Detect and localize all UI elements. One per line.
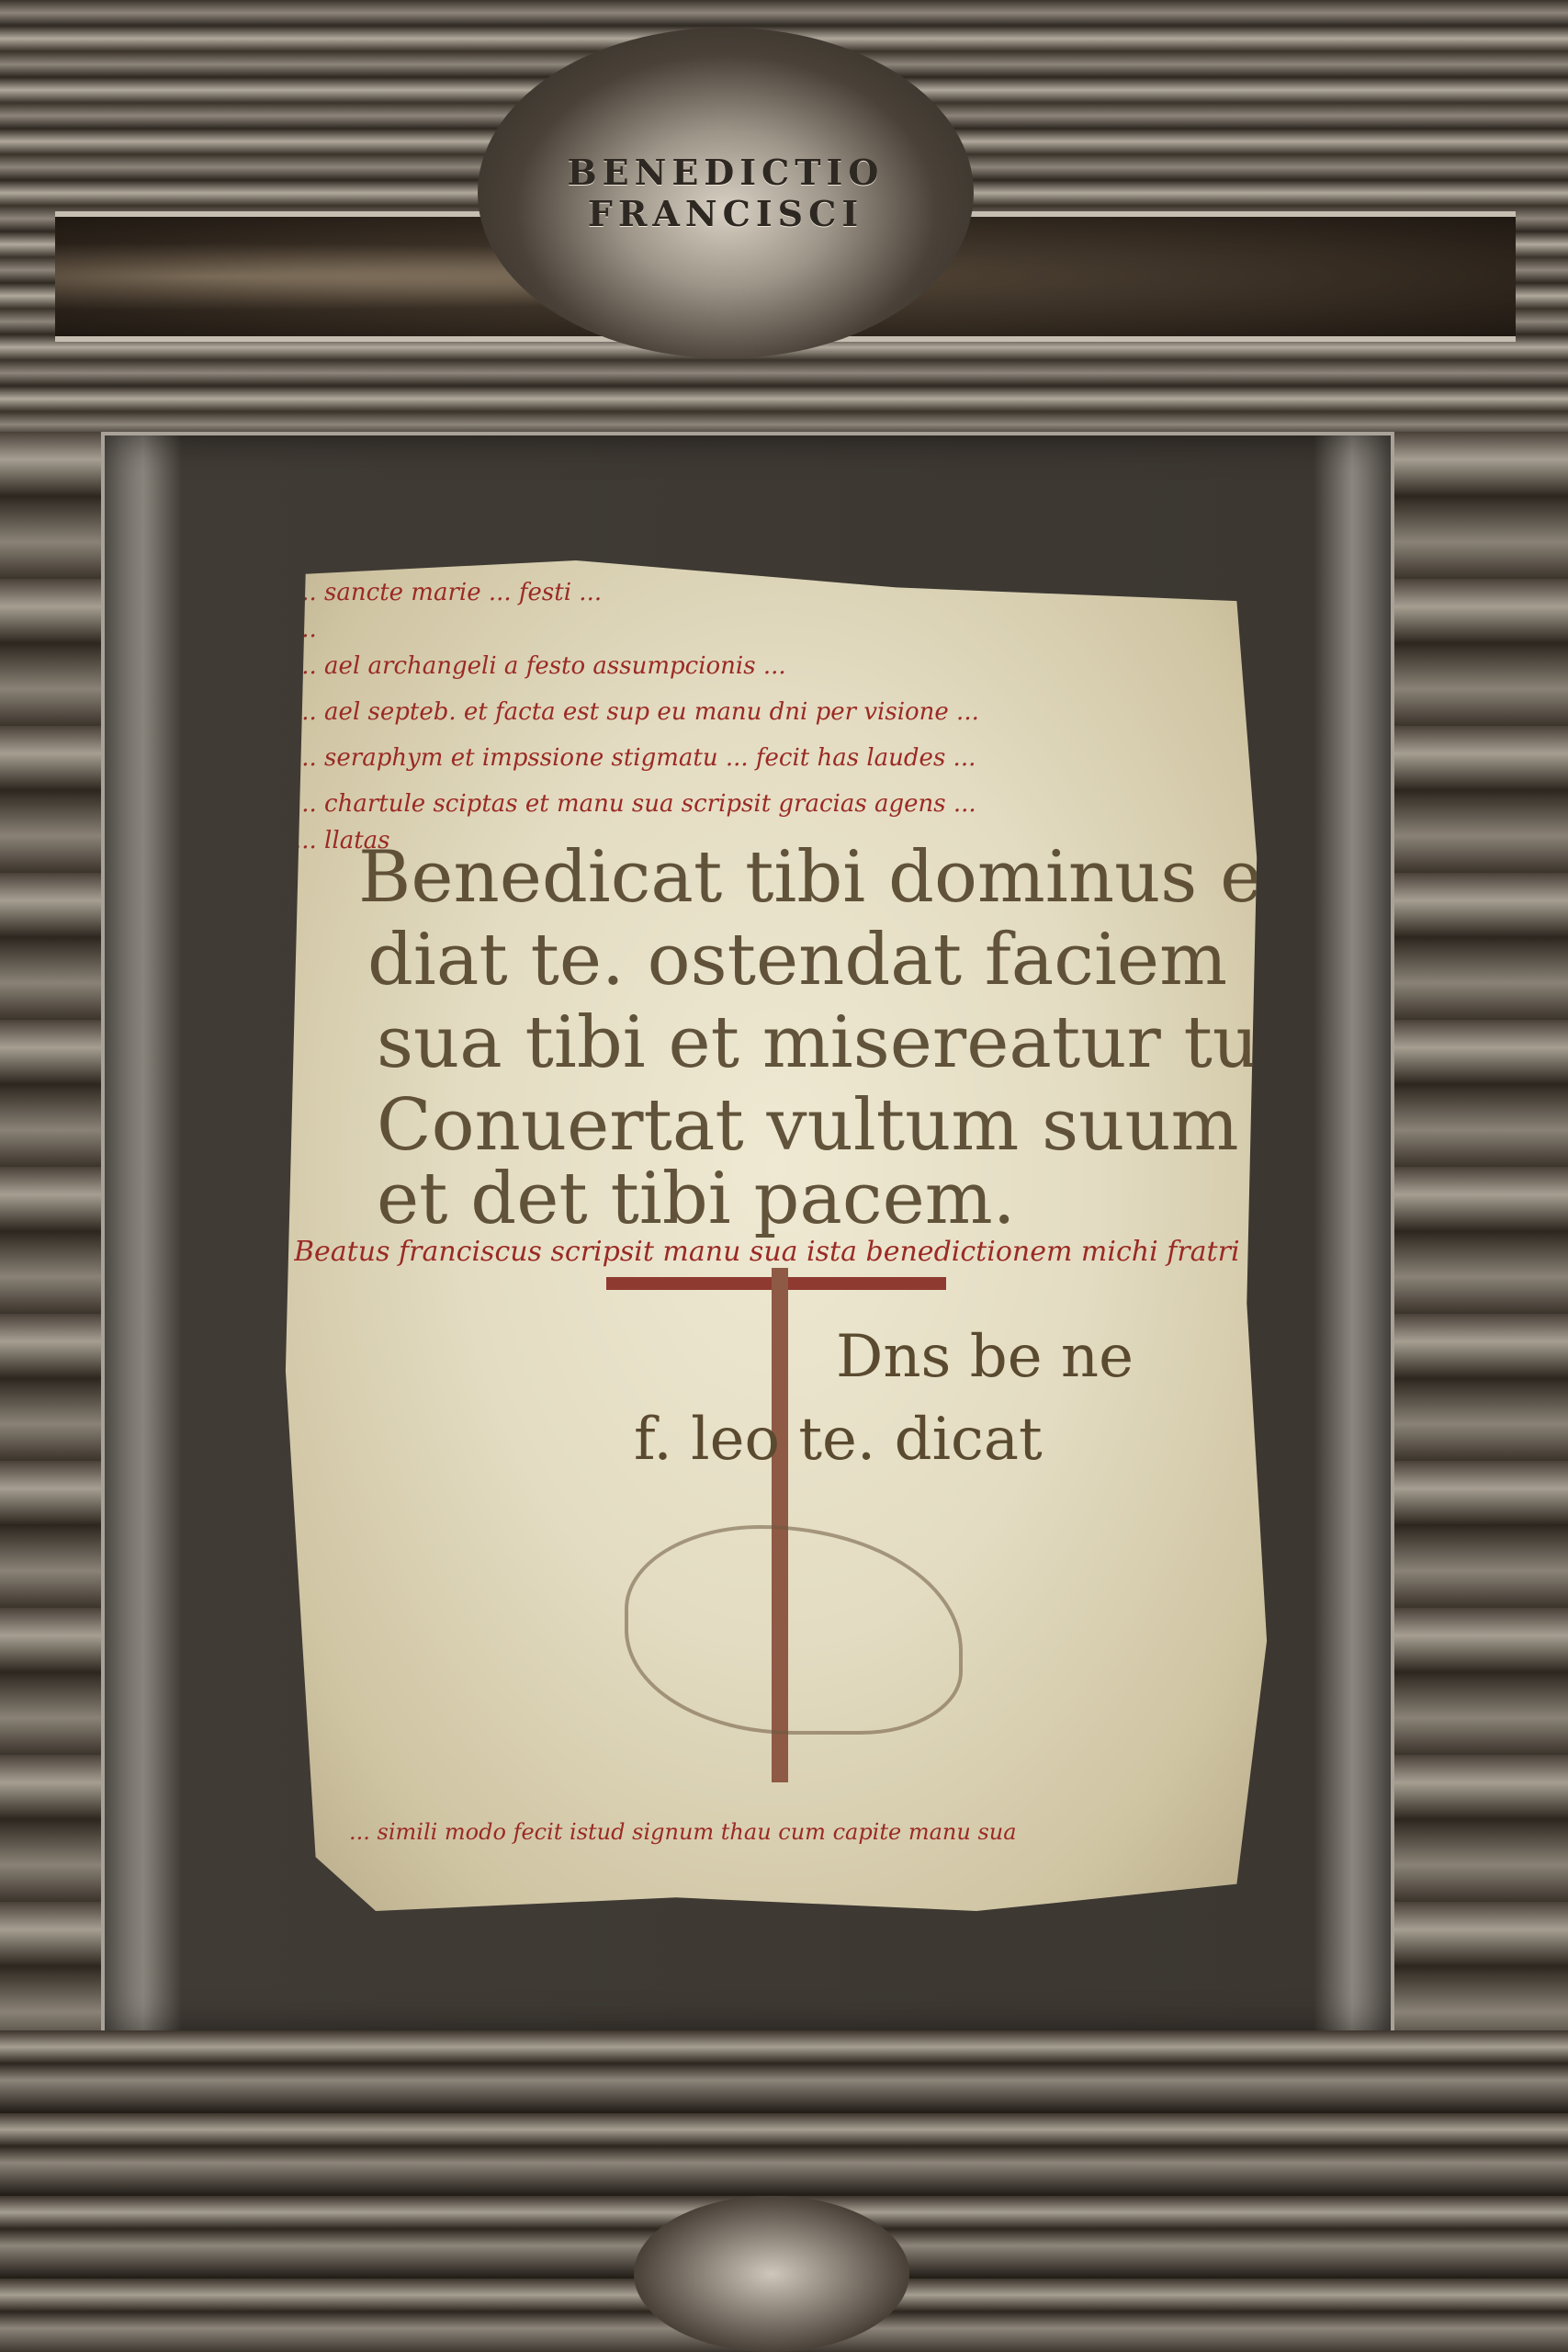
cherub-ornament: [634, 2196, 909, 2352]
parchment-manuscript: ... sancte marie ... festi ... ... ... a…: [276, 560, 1277, 1911]
left-column-ornament: [0, 432, 101, 2030]
reliquary-photo: BENEDICTIO FRANCISCI ... sancte marie ..…: [0, 0, 1568, 2352]
right-column-ornament: [1387, 432, 1568, 2030]
cartouche-line-2: FRANCISCI: [588, 193, 863, 234]
cross-words-right: Dns be ne: [836, 1323, 1134, 1391]
rubric-line: ... ael archangeli a festo assumpcionis …: [294, 652, 1258, 680]
rubric-bottom: ... simili modo fecit istud signum thau …: [349, 1819, 1314, 1845]
rubric-line: ... seraphym et impssione stigmatu ... f…: [294, 744, 1258, 772]
rubric-middle: Beatus franciscus scripsit manu sua ista…: [294, 1236, 1258, 1268]
rubric-line: ...: [294, 616, 1258, 643]
blessing-line: sua tibi et misereatur tui.: [377, 1001, 1304, 1084]
rubric-line: ... chartule sciptas et manu sua scripsi…: [294, 790, 1258, 818]
inscription-cartouche: BENEDICTIO FRANCISCI: [478, 28, 974, 358]
blessing-line: et det tibi pacem.: [377, 1158, 1016, 1240]
drawn-head-sketch: [625, 1525, 963, 1735]
rubric-line: ... ael septeb. et facta est sup eu manu…: [294, 698, 1258, 726]
blessing-line: diat te. ostendat faciem: [367, 919, 1227, 1001]
cross-words-left: f. leo te. dicat: [634, 1406, 1043, 1474]
cartouche-line-1: BENEDICTIO: [568, 152, 885, 193]
